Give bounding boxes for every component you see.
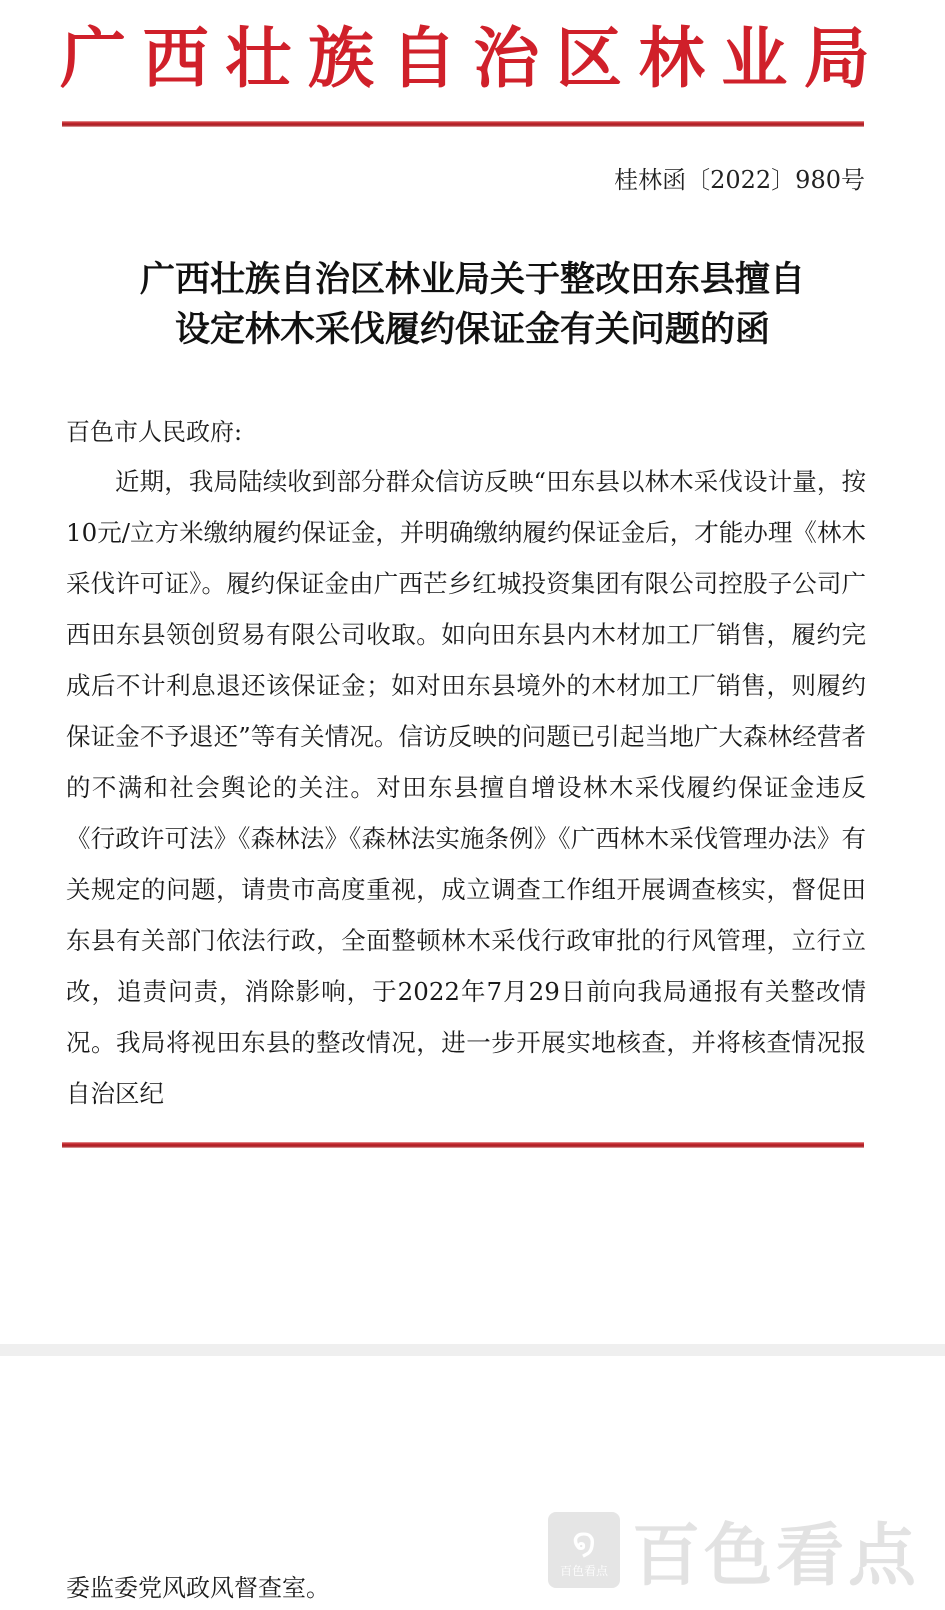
masthead-title: 广 西 壮 族 自 治 区 林 业 局	[60, 12, 870, 92]
document-page: 广 西 壮 族 自 治 区 林 业 局 桂林函〔2022〕980号 广西壮族自治…	[0, 0, 945, 1350]
title-line-2: 设定林木采伐履约保证金有关问题的函	[60, 305, 885, 355]
masthead-char: 局	[804, 5, 870, 100]
watermark-logo-label: 百色看点	[560, 1562, 608, 1579]
continued-text: 委监委党风政风督查室。	[66, 1568, 330, 1603]
watermark-text: 百色看点	[632, 1502, 920, 1599]
document-title: 广西壮族自治区林业局关于整改田东县擅自 设定林木采伐履约保证金有关问题的函	[60, 255, 885, 355]
red-header-rule	[62, 121, 864, 127]
page-separator	[0, 1344, 945, 1356]
watermark: ໑ 百色看点 百色看点	[548, 1512, 920, 1588]
masthead-char: 林	[639, 5, 705, 100]
masthead-char: 区	[556, 5, 622, 100]
title-line-1: 广西壮族自治区林业局关于整改田东县擅自	[60, 255, 885, 305]
addressee: 百色市人民政府:	[66, 412, 242, 447]
document-number: 桂林函〔2022〕980号	[614, 160, 865, 195]
masthead-char: 业	[721, 5, 787, 100]
masthead-char: 自	[391, 5, 457, 100]
watermark-logo-icon: ໑ 百色看点	[548, 1512, 620, 1588]
swirl-icon: ໑	[572, 1522, 596, 1562]
body-paragraph: 近期，我局陆续收到部分群众信访反映“田东县以林木采伐设计量，按10元/立方米缴纳…	[66, 456, 866, 1119]
red-footer-rule	[62, 1142, 864, 1148]
masthead-char: 广	[60, 5, 126, 100]
masthead-char: 西	[143, 5, 209, 100]
masthead-char: 族	[308, 5, 374, 100]
masthead-char: 治	[473, 5, 539, 100]
masthead-char: 壮	[225, 5, 291, 100]
